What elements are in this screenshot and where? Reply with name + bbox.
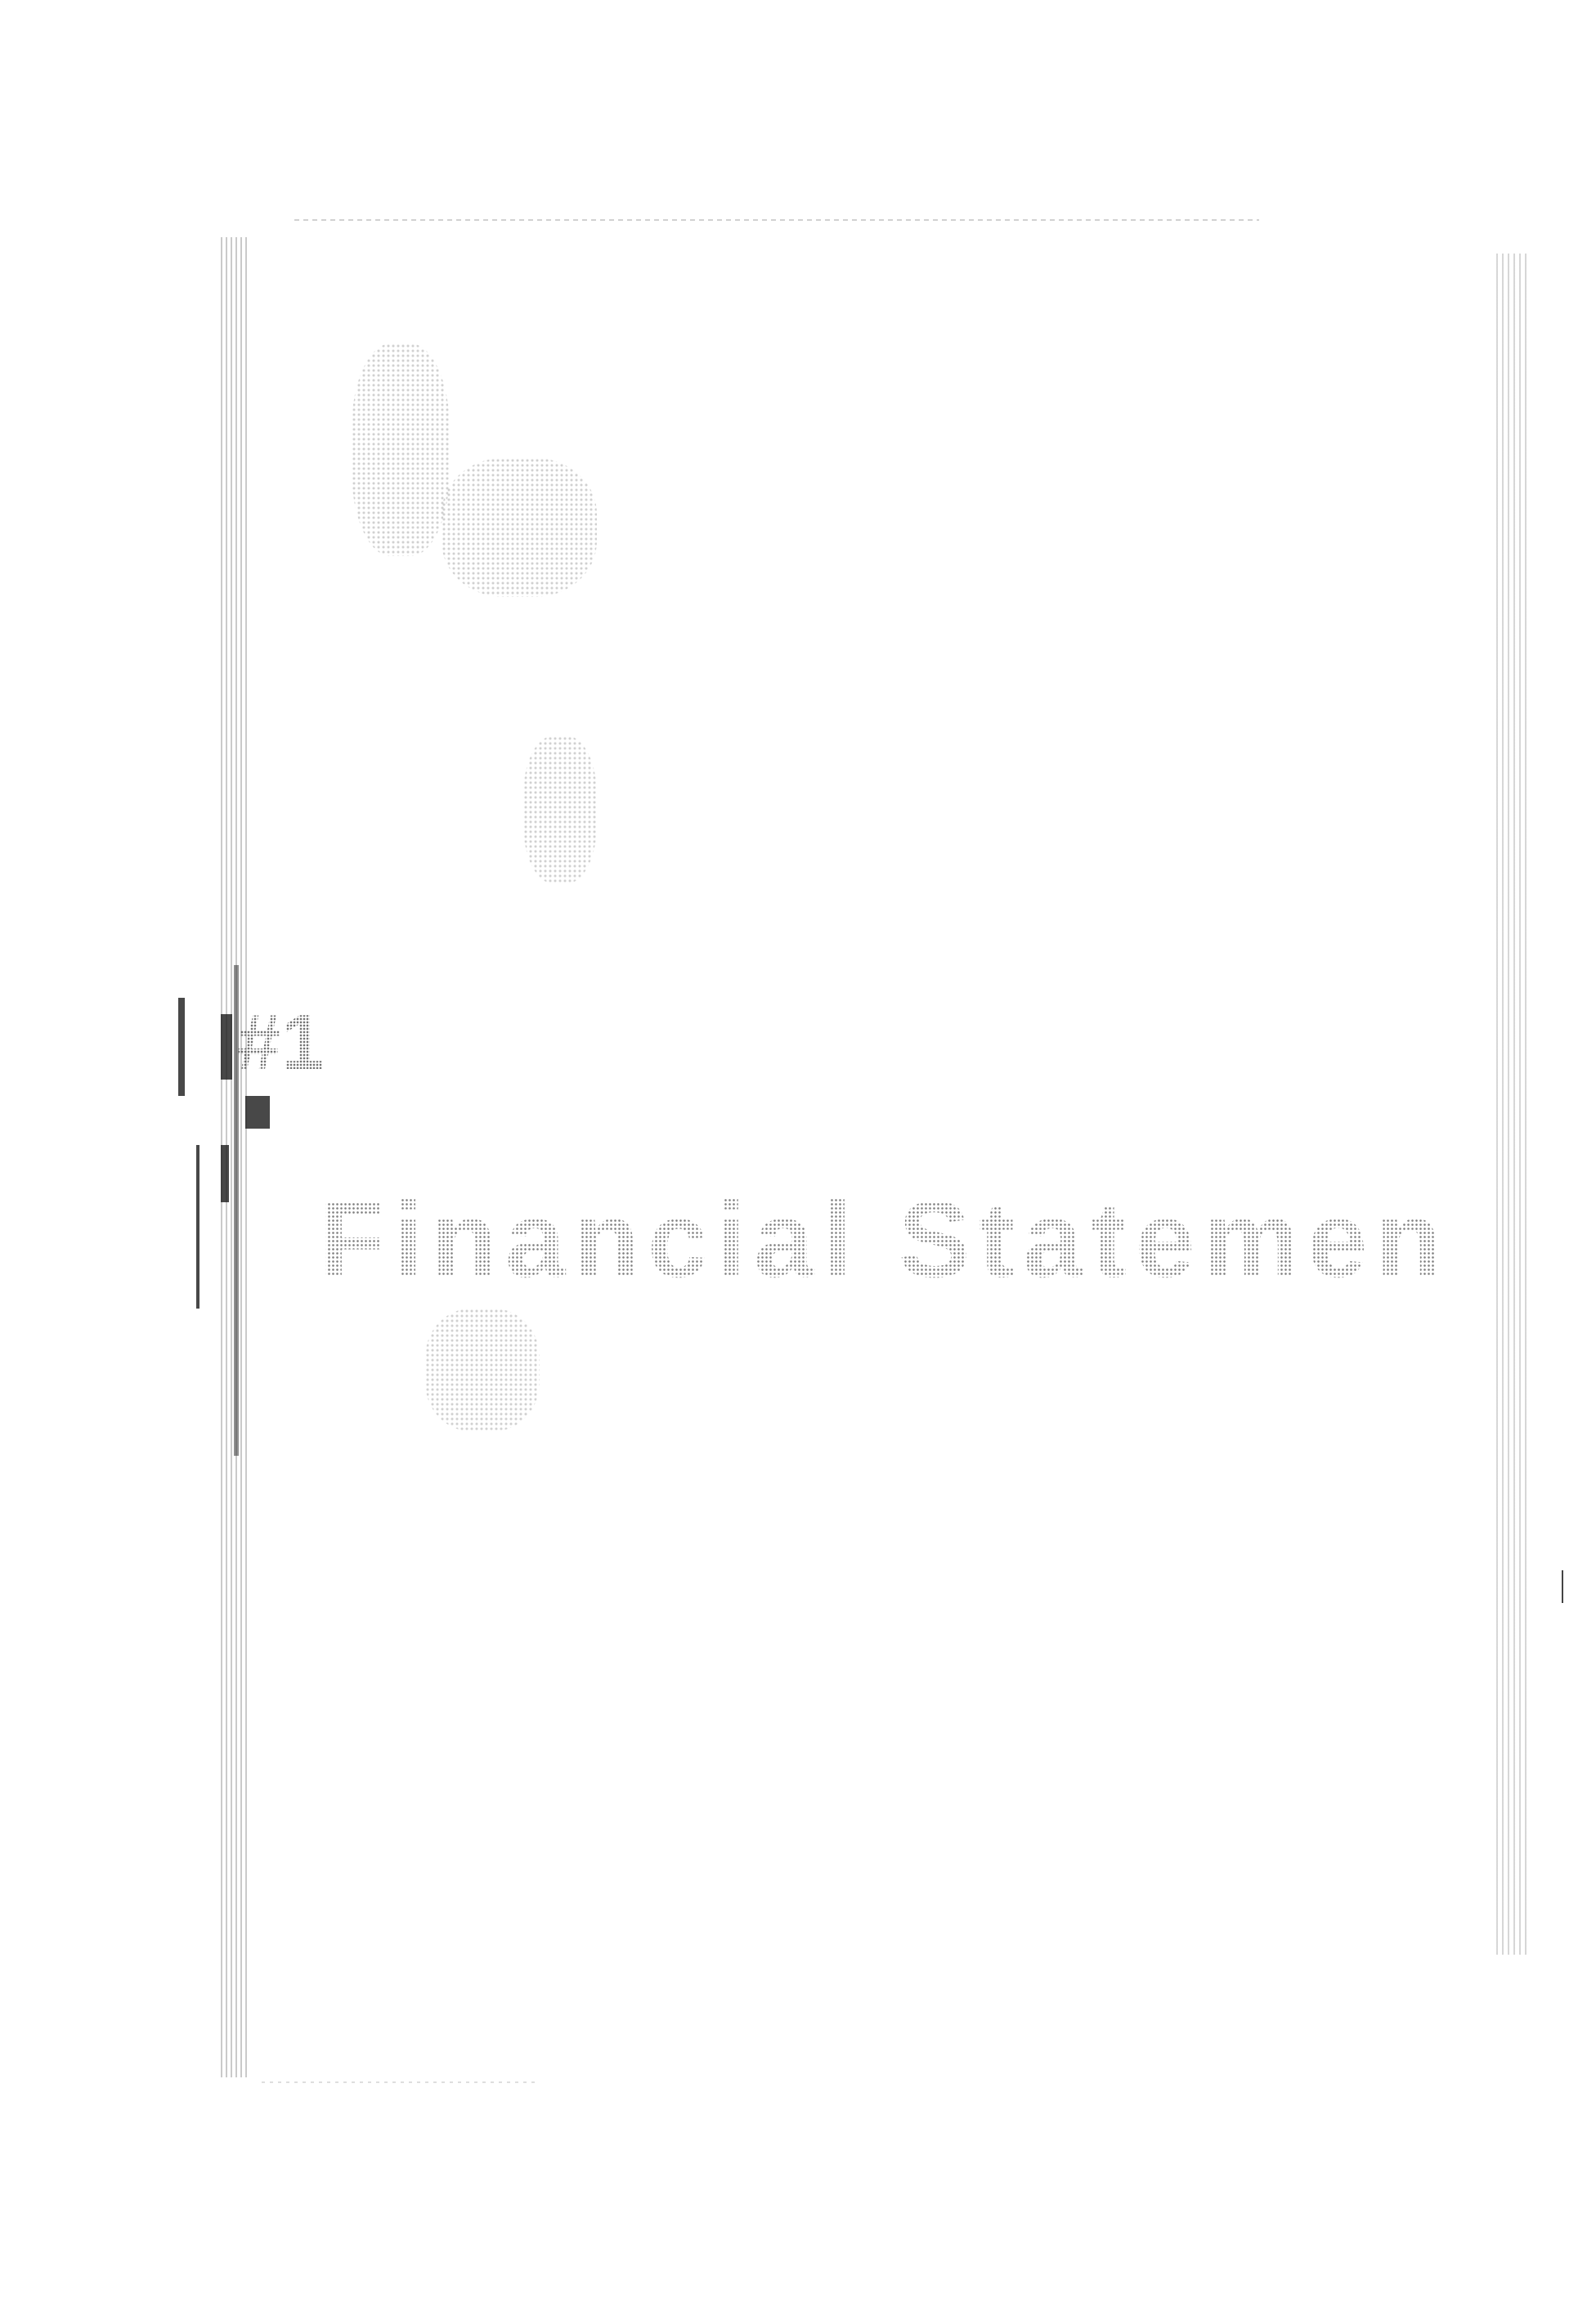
right-margin-tick [1562,1570,1563,1603]
document-title: Financial Statements [319,1178,1447,1301]
bottom-scan-rule [262,2081,540,2083]
scan-noise-blob [425,1309,540,1431]
scan-noise-blob [523,736,597,883]
top-scan-rule [294,219,1259,221]
scanned-page: #1 Financial Statements [0,0,1596,2299]
scan-noise-blob [352,344,450,556]
scan-noise-blob [442,458,597,597]
side-marker: #1 [237,998,325,1088]
right-page-edge [1496,254,1529,1955]
